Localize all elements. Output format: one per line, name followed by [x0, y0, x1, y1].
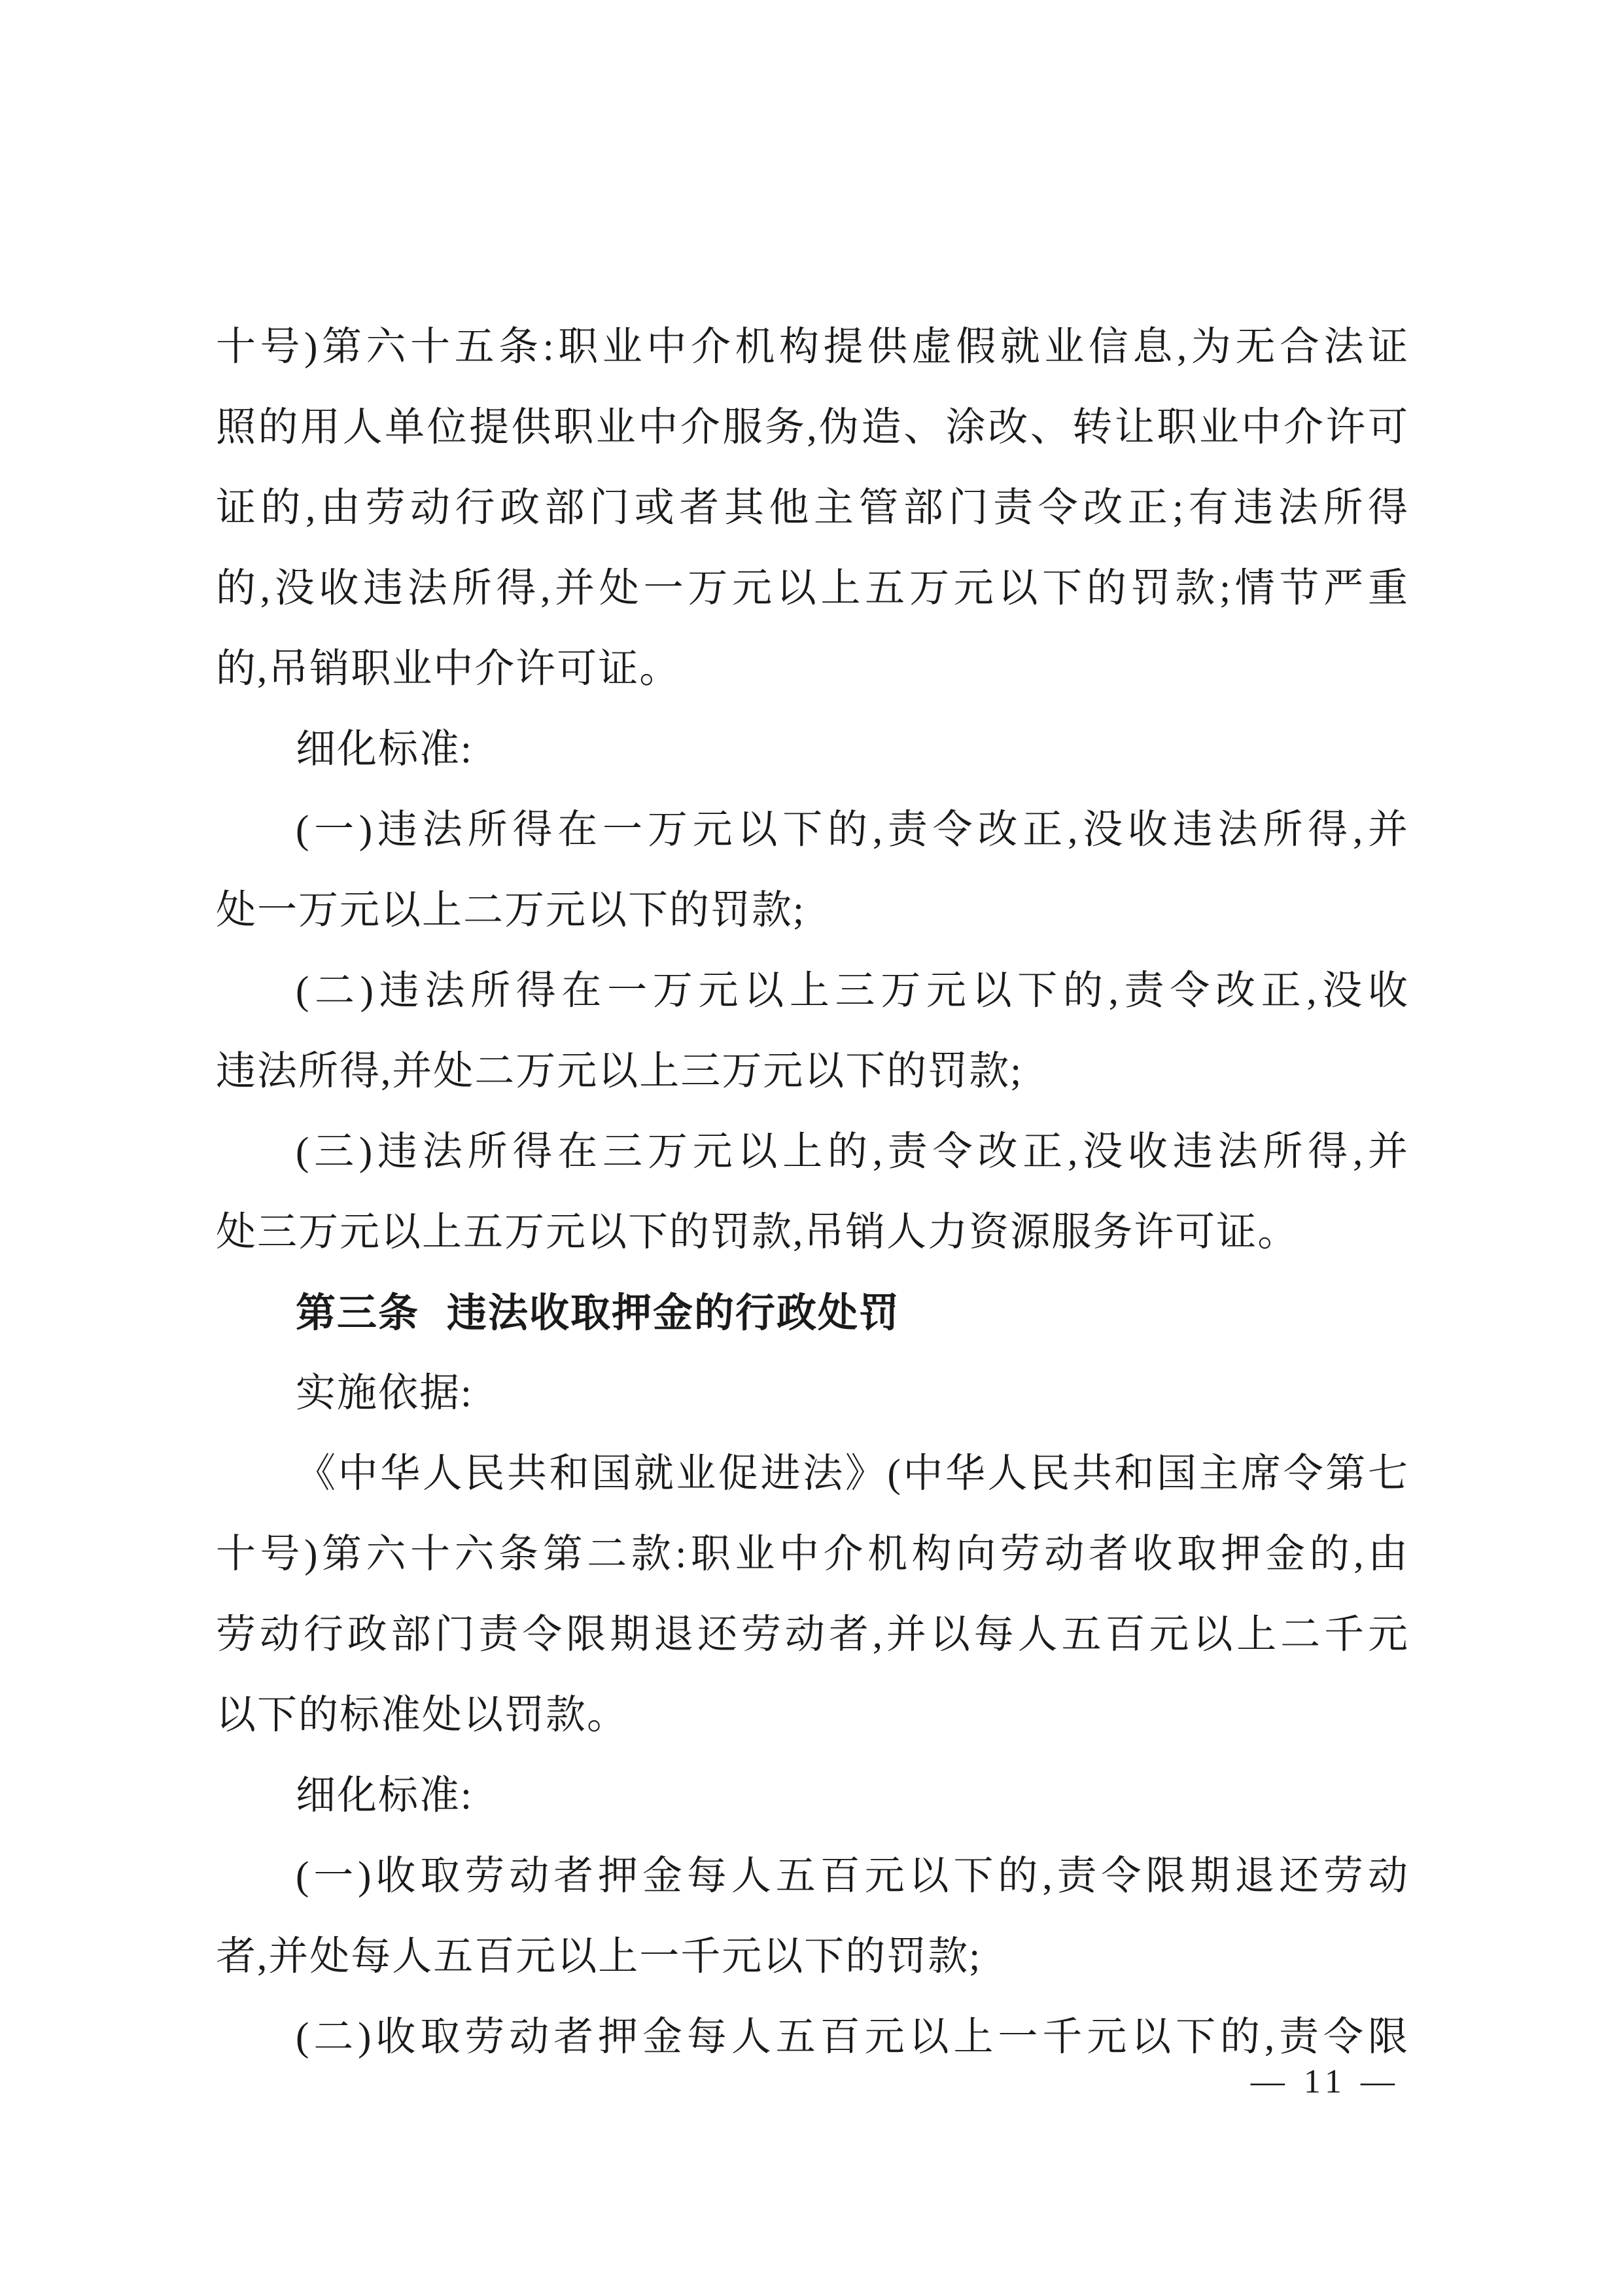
text-line: 以下的标准处以罚款。 — [216, 1675, 1408, 1756]
text-line: 《中华人民共和国就业促进法》(中华人民共和国主席令第七 — [216, 1434, 1408, 1514]
text-line: 违法所得,并处二万元以上三万元以下的罚款; — [216, 1031, 1408, 1112]
document-page: 十号)第六十五条:职业中介机构提供虚假就业信息,为无合法证照的用人单位提供职业中… — [0, 0, 1623, 2296]
text-line: 实施依据: — [216, 1353, 1408, 1434]
text-line: 照的用人单位提供职业中介服务,伪造、涂改、转让职业中介许可 — [216, 387, 1408, 468]
text-line: 处一万元以上二万元以下的罚款; — [216, 870, 1408, 951]
text-line: 十号)第六十五条:职业中介机构提供虚假就业信息,为无合法证 — [216, 307, 1408, 387]
text-line: 证的,由劳动行政部门或者其他主管部门责令改正;有违法所得 — [216, 468, 1408, 548]
text-line: 细化标准: — [216, 1756, 1408, 1836]
text-line: (三)违法所得在三万元以上的,责令改正,没收违法所得,并 — [216, 1112, 1408, 1192]
clause-number: 第三条 — [296, 1290, 419, 1335]
text-line: 的,吊销职业中介许可证。 — [216, 629, 1408, 709]
clause-heading: 第三条违法收取押金的行政处罚 — [216, 1273, 1408, 1353]
page-number: — 11 — — [1251, 2062, 1400, 2102]
text-line: (一)收取劳动者押金每人五百元以下的,责令限期退还劳动 — [216, 1836, 1408, 1916]
document-body: 十号)第六十五条:职业中介机构提供虚假就业信息,为无合法证照的用人单位提供职业中… — [216, 307, 1408, 2077]
text-line: 劳动行政部门责令限期退还劳动者,并以每人五百元以上二千元 — [216, 1595, 1408, 1675]
text-line: (二)收取劳动者押金每人五百元以上一千元以下的,责令限 — [216, 1997, 1408, 2077]
text-line: 细化标准: — [216, 709, 1408, 790]
text-line: (一)违法所得在一万元以下的,责令改正,没收违法所得,并 — [216, 790, 1408, 870]
text-line: 的,没收违法所得,并处一万元以上五万元以下的罚款;情节严重 — [216, 548, 1408, 629]
text-line: 处三万元以上五万元以下的罚款,吊销人力资源服务许可证。 — [216, 1192, 1408, 1273]
text-line: 十号)第六十六条第二款:职业中介机构向劳动者收取押金的,由 — [216, 1514, 1408, 1595]
text-line: 者,并处每人五百元以上一千元以下的罚款; — [216, 1916, 1408, 1997]
clause-title: 违法收取押金的行政处罚 — [447, 1292, 900, 1335]
text-line: (二)违法所得在一万元以上三万元以下的,责令改正,没收 — [216, 951, 1408, 1031]
